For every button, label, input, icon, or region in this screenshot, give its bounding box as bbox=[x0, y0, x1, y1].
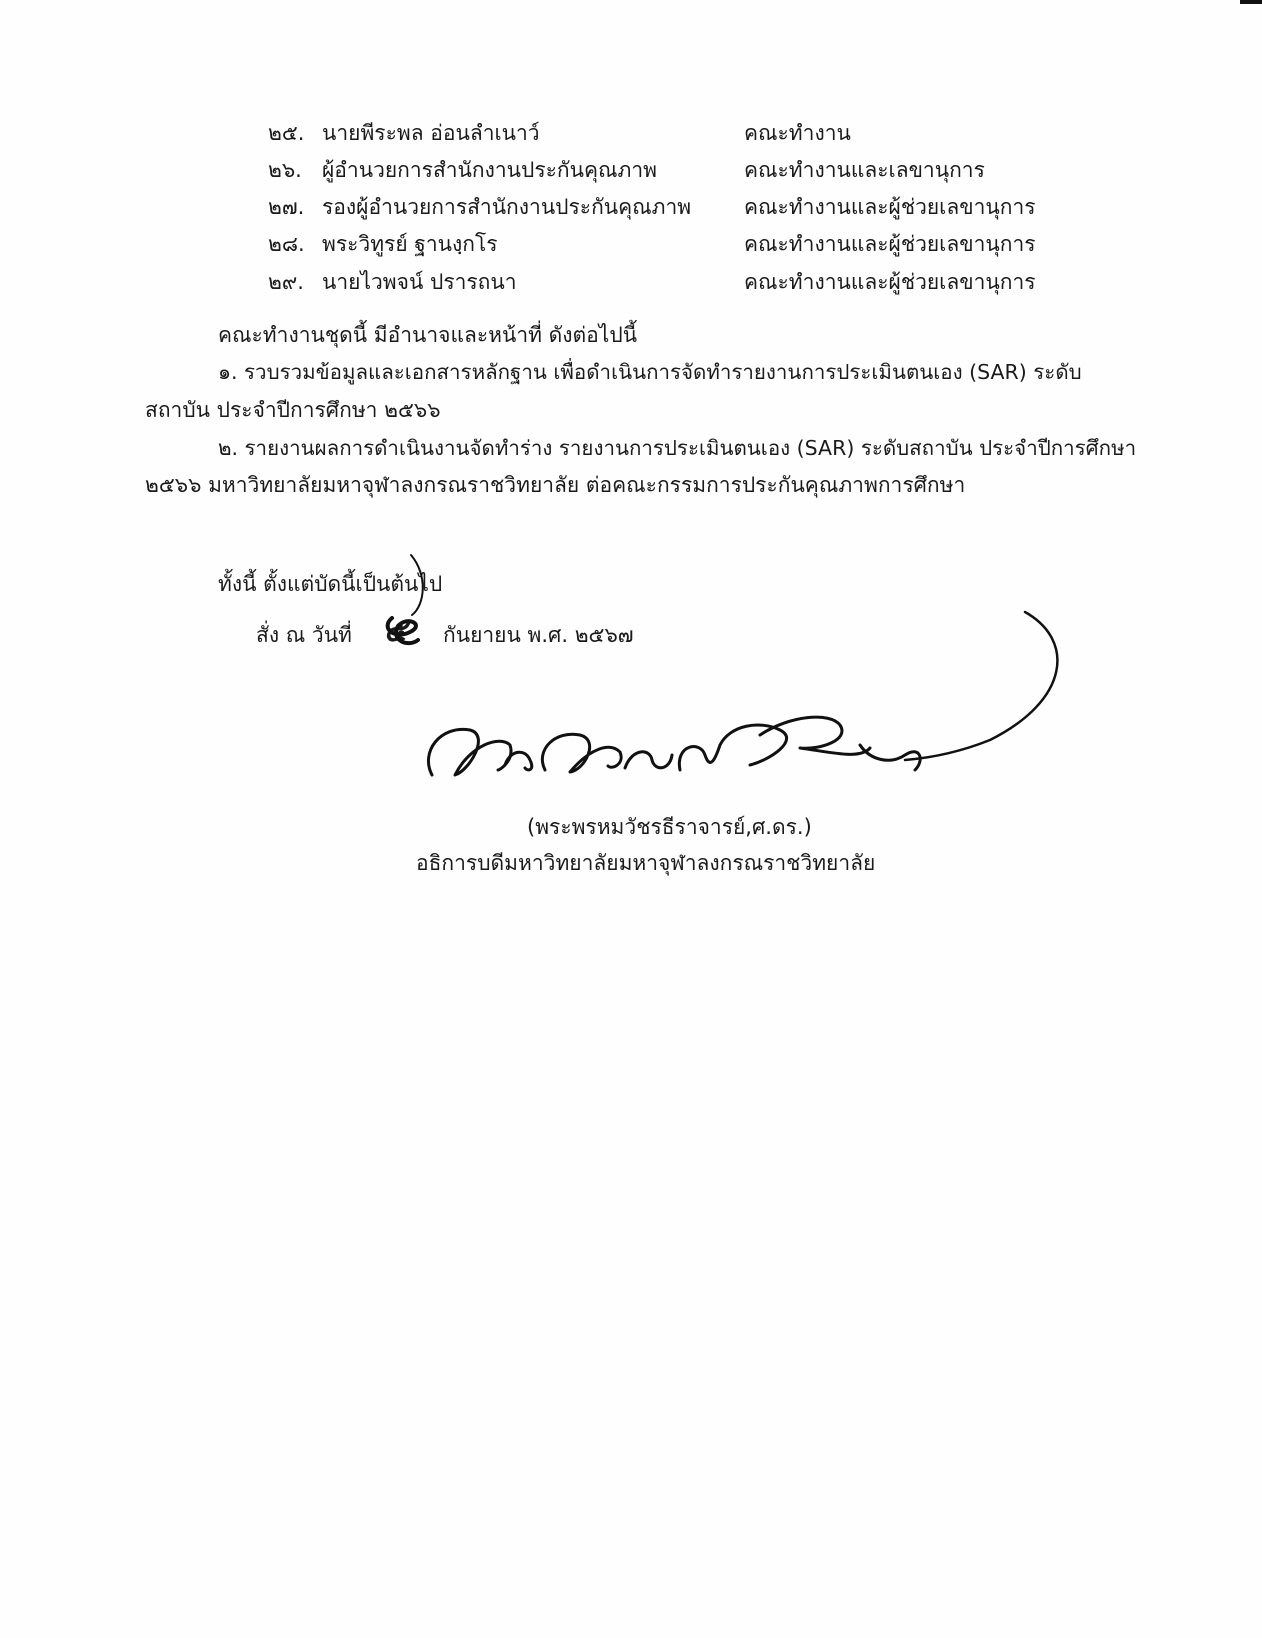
signatory-name: (พระพรหมวัชรธีราจารย์,ศ.ดร.) bbox=[527, 812, 812, 842]
signatory-title: อธิการบดีมหาวิทยาลัยมหาจุฬาลงกรณราชวิทยา… bbox=[416, 848, 875, 878]
document-page: ๒๕. นายพีระพล อ่อนลำเนาว์ คณะทำงาน ๒๖. ผ… bbox=[0, 0, 1262, 1638]
